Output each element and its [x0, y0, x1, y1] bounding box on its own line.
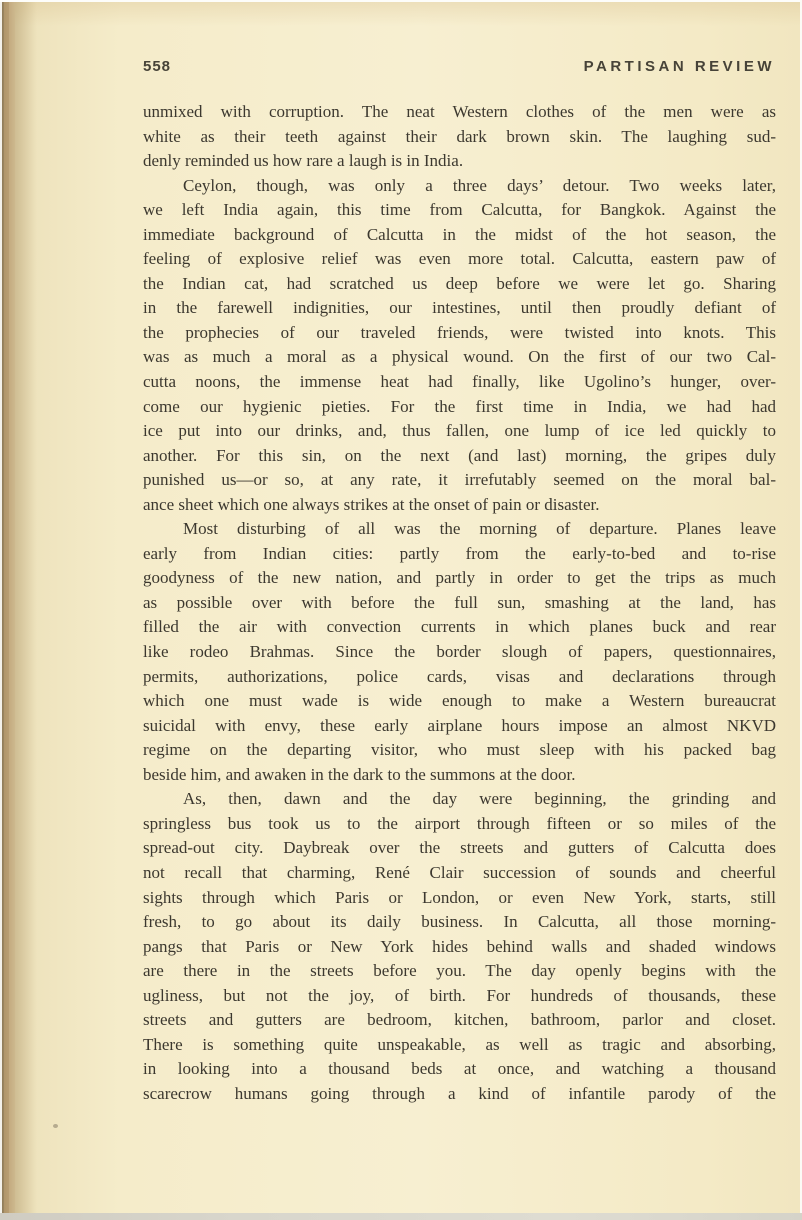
text-line: the prophecies of our traveled friends, … [143, 321, 776, 346]
text-line: pangs that Paris or New York hides behin… [143, 935, 776, 960]
journal-title: PARTISAN REVIEW [584, 58, 775, 75]
paragraph: Ceylon, though, was only a three days’ d… [143, 174, 776, 518]
text-line: scarecrow humans going through a kind of… [143, 1082, 776, 1107]
text-line: denly reminded us how rare a laugh is in… [143, 149, 776, 174]
text-line: are there in the streets before you. The… [143, 959, 776, 984]
page-body-text: unmixed with corruption. The neat Wester… [143, 100, 776, 1106]
text-line: like rodeo Brahmas. Since the border slo… [143, 640, 776, 665]
text-line: another. For this sin, on the next (and … [143, 444, 776, 469]
text-line: cutta noons, the immense heat had finall… [143, 370, 776, 395]
text-line: sights through which Paris or London, or… [143, 886, 776, 911]
paragraph: As, then, dawn and the day were beginnin… [143, 787, 776, 1106]
text-line: Ceylon, though, was only a three days’ d… [143, 174, 776, 199]
text-line: was as much a moral as a physical wound.… [143, 345, 776, 370]
scanned-book-page: 558 PARTISAN REVIEW unmixed with corrupt… [0, 0, 802, 1220]
text-line: permits, authorizations, police cards, v… [143, 665, 776, 690]
paragraph: unmixed with corruption. The neat Wester… [143, 100, 776, 174]
text-line: the Indian cat, had scratched us deep be… [143, 272, 776, 297]
text-line: we left India again, this time from Calc… [143, 198, 776, 223]
text-line: immediate background of Calcutta in the … [143, 223, 776, 248]
text-line: which one must wade is wide enough to ma… [143, 689, 776, 714]
text-line: streets and gutters are bedroom, kitchen… [143, 1008, 776, 1033]
text-line: early from Indian cities: partly from th… [143, 542, 776, 567]
page-bottom-edge [0, 1213, 802, 1220]
text-line: springless bus took us to the airport th… [143, 812, 776, 837]
text-line: ance sheet which one always strikes at t… [143, 493, 776, 518]
text-line: come our hygienic pieties. For the first… [143, 395, 776, 420]
page-top-edge [0, 0, 802, 2]
text-line: As, then, dawn and the day were beginnin… [143, 787, 776, 812]
text-line: in looking into a thousand beds at once,… [143, 1057, 776, 1082]
paragraph: Most disturbing of all was the morning o… [143, 517, 776, 787]
running-head: 558 PARTISAN REVIEW [143, 58, 775, 78]
text-line: in the farewell indignities, our intesti… [143, 296, 776, 321]
text-line: beside him, and awaken in the dark to th… [143, 763, 776, 788]
text-line: There is something quite unspeakable, as… [143, 1033, 776, 1058]
text-line: filled the air with convection currents … [143, 615, 776, 640]
page-number: 558 [143, 58, 171, 75]
book-binding-edge [0, 0, 15, 1213]
scan-speck [53, 1124, 58, 1128]
text-line: spread-out city. Daybreak over the stree… [143, 836, 776, 861]
text-line: punished us—or so, at any rate, it irref… [143, 468, 776, 493]
text-line: feeling of explosive relief was even mor… [143, 247, 776, 272]
text-line: suicidal with envy, these early airplane… [143, 714, 776, 739]
text-line: unmixed with corruption. The neat Wester… [143, 100, 776, 125]
text-line: as possible over with before the full su… [143, 591, 776, 616]
text-line: regime on the departing visitor, who mus… [143, 738, 776, 763]
text-line: Most disturbing of all was the morning o… [143, 517, 776, 542]
text-line: ice put into our drinks, and, thus falle… [143, 419, 776, 444]
text-line: not recall that charming, René Clair suc… [143, 861, 776, 886]
text-line: white as their teeth against their dark … [143, 125, 776, 150]
text-line: goodyness of the new nation, and partly … [143, 566, 776, 591]
text-line: ugliness, but not the joy, of birth. For… [143, 984, 776, 1009]
text-line: fresh, to go about its daily business. I… [143, 910, 776, 935]
